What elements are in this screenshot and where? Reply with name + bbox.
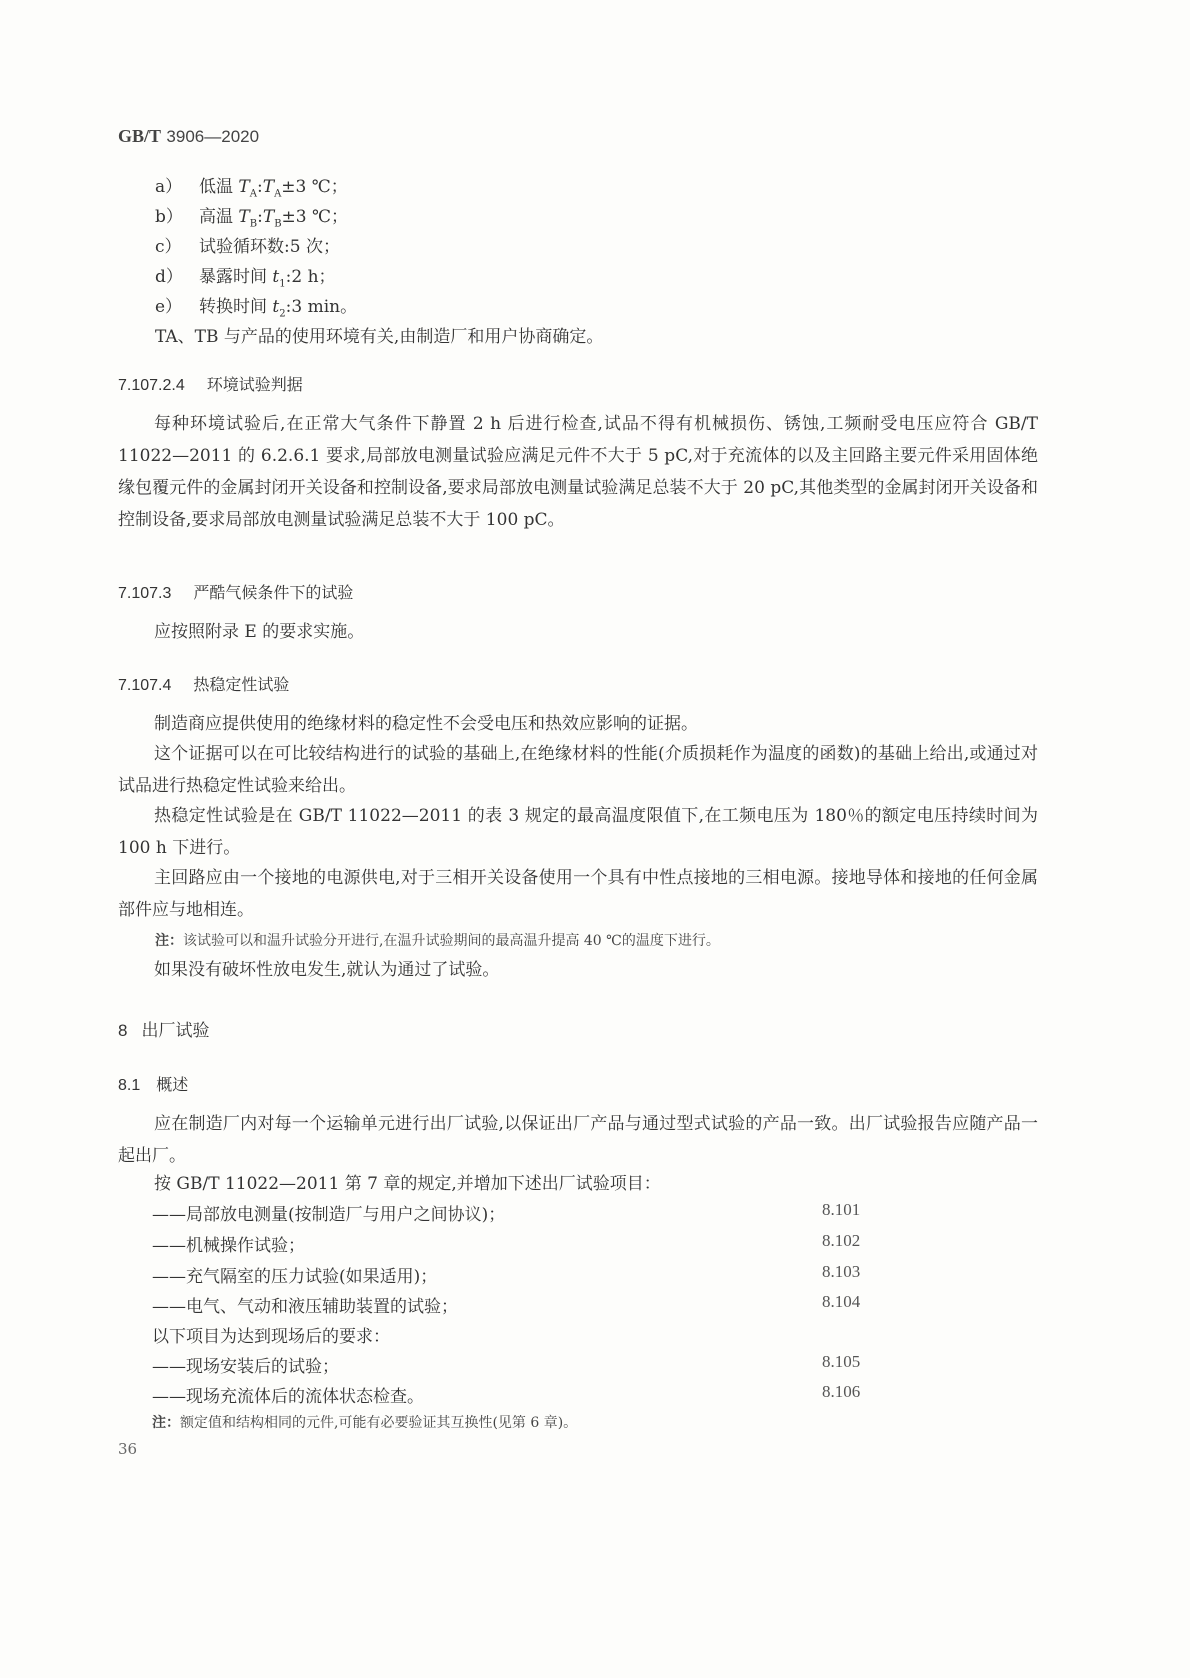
paragraph-thermal-3: 热稳定性试验是在 GB/T 11022—2011 的表 3 规定的最高温度限值下… [118,800,1038,864]
clause-reference: 8.101 [822,1200,860,1220]
paragraph-severe-climate: 应按照附录 E 的要求实施。 [118,616,1038,648]
document-header: GB/T 3906—2020 [118,126,259,147]
clause-reference: 8.102 [822,1231,860,1251]
temperature-note: TA、TB 与产品的使用环境有关,由制造厂和用户协商确定。 [155,322,603,347]
paragraph-thermal-closing: 如果没有破坏性放电发生,就认为通过了试验。 [118,954,1038,986]
section-heading-7-107-4: 7.107.4热稳定性试验 [118,672,289,695]
note-thermal: 注：该试验可以和温升试验分开进行,在温升试验期间的最高温升提高 40 ℃的温度下… [155,930,720,950]
paragraph-thermal-4: 主回路应由一个接地的电源供电,对于三相开关设备使用一个具有中性点接地的三相电源。… [118,862,1038,926]
clause-reference: 8.106 [822,1382,860,1402]
standard-number: 3906—2020 [166,127,259,146]
paragraph-overview-intro: 按 GB/T 11022—2011 第 7 章的规定,并增加下述出厂试验项目： [118,1168,1038,1200]
test-item-row: ——现场安装后的试验；8.105 [152,1352,872,1377]
paragraph-thermal-1: 制造商应提供使用的绝缘材料的稳定性不会受电压和热效应影响的证据。 [118,708,1038,740]
list-item-a: a）低温 TA:TA±3 ℃； [155,172,348,199]
page-number: 36 [118,1440,137,1458]
paragraph-thermal-2: 这个证据可以在可比较结构进行的试验的基础上,在绝缘材料的性能(介质损耗作为温度的… [118,738,1038,802]
test-item-row: ——电气、气动和液压辅助装置的试验；8.104 [152,1292,872,1317]
test-item-row: ——现场充流体后的流体状态检查。8.106 [152,1382,872,1407]
section-heading-7-107-2-4: 7.107.2.4环境试验判据 [118,372,303,395]
standard-prefix: GB/T [118,126,161,146]
list-item-b: b）高温 TB:TB±3 ℃； [155,202,348,229]
test-item-row: ——机械操作试验；8.102 [152,1231,872,1256]
clause-reference: 8.103 [822,1262,860,1282]
clause-reference: 8.105 [822,1352,860,1372]
site-items-intro: 以下项目为达到现场后的要求： [152,1322,872,1347]
section-heading-7-107-3: 7.107.3严酷气候条件下的试验 [118,580,353,603]
clause-reference: 8.104 [822,1292,860,1312]
paragraph-overview: 应在制造厂内对每一个运输单元进行出厂试验,以保证出厂产品与通过型式试验的产品一致… [118,1108,1038,1172]
test-item-row: ——充气隔室的压力试验(如果适用)；8.103 [152,1262,872,1287]
section-heading-8-1: 8.1概述 [118,1072,188,1095]
section-heading-8: 8出厂试验 [118,1016,209,1041]
list-item-c: c）试验循环数:5 次； [155,232,340,257]
test-item-row: ——局部放电测量(按制造厂与用户之间协议)；8.101 [152,1200,872,1225]
paragraph-environment-criteria: 每种环境试验后,在正常大气条件下静置 2 h 后进行检查,试品不得有机械损伤、锈… [118,408,1038,536]
note-interchangeability: 注：额定值和结构相同的元件,可能有必要验证其互换性(见第 6 章)。 [152,1412,577,1432]
list-item-d: d）暴露时间 t1:2 h； [155,262,336,289]
list-item-e: e）转换时间 t2:3 min。 [155,292,357,319]
